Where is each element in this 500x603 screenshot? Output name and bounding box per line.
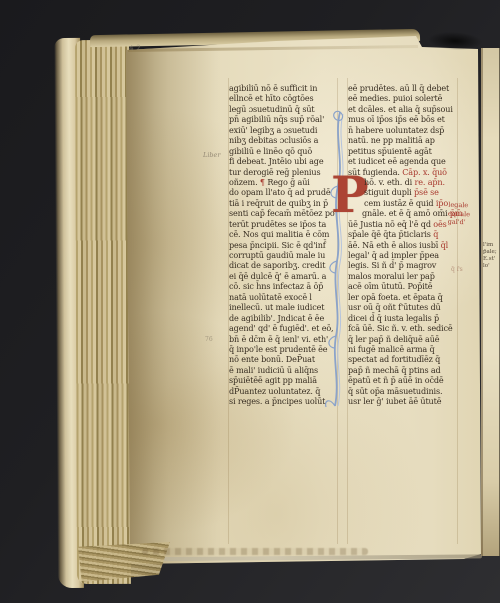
note-line: legale — [448, 201, 470, 210]
text-line: eē medies. puioi solertē — [348, 93, 460, 103]
text-line: malos moralui ler pap̄ — [348, 271, 460, 281]
text-segment: legū ɔsuetudinū q̄ sūt — [229, 104, 315, 114]
text-line: sūt fugienda. Cāp. x. q̄uō — [348, 167, 460, 177]
text-segment: agend' qd' ē fugiēd'. et eō, — [229, 323, 333, 333]
text-segment: ni fugē malicē arma q̄ — [348, 344, 435, 354]
text-segment: n̄ habere uoluntatez dsp̄ — [348, 125, 444, 135]
text-line: legis. Si ñ d̄' p̄ magrov — [348, 260, 460, 270]
text-line: cē. Nos qui malitia ē cōm — [229, 229, 341, 239]
text-line: corruptū gaudiū male iu — [229, 250, 341, 260]
text-segment: eē medies. puioi solertē — [348, 93, 442, 103]
text-segment: oñzem. — [229, 177, 260, 187]
text-segment: pesa p̄ncipii. Sic ē qd'inf̄ — [229, 240, 326, 250]
rubric-text-segment: re. ap̄n. — [414, 177, 444, 187]
note-line: p̄ale; — [483, 249, 499, 256]
manuscript-photo: { "colors": { "backdrop": "#202023", "pa… — [0, 0, 500, 603]
text-segment: corruptū gaudiū male iu — [229, 250, 325, 260]
tail-faded-inscription — [142, 548, 368, 555]
text-line: oñzem. ¶ Rego ḡ aūi — [229, 177, 341, 187]
text-line: usr ler ḡ' iubet āē ūtutē — [348, 396, 460, 406]
text-line: pap̄ ñ mechā q̄ ptins ad — [348, 365, 460, 375]
text-segment: malos moralui ler pap̄ — [348, 271, 435, 281]
text-line: tur derogiē reḡ plenius — [229, 167, 341, 177]
text-line: si reges. a p̄ncipes uolūt — [229, 396, 341, 406]
text-line: senti cap̄ fecam̄ mētōez po — [229, 208, 341, 218]
text-segment: natū. ne pp malitiā ap — [348, 135, 435, 145]
text-column-right: eē prudētes. aū ll q̄ debeteē medies. pu… — [348, 83, 460, 407]
text-segment: ūē Justia nō eq̄ l'ē qd — [348, 219, 433, 229]
text-line: sp̄ale q̄ē q̄ta p̄ticlaris q̄ — [348, 229, 460, 239]
text-segment: q̄ sūt op̄a māsuetudinis. — [348, 386, 442, 396]
text-line: exiū' legibʒ a ɔsuetudi — [229, 125, 341, 135]
text-line: et iudicet eē agenda que — [348, 156, 460, 166]
text-segment: nibʒ debitas ɔclusiōs a — [229, 135, 318, 145]
margin-note-mark: 76 — [205, 336, 213, 344]
text-segment: acē oīm ūtutū. Pop̄itē — [348, 281, 432, 291]
text-segment: Rego ḡ aūi — [265, 177, 310, 187]
text-segment: tiā i req̄ruit de quibʒ in p̄ — [229, 198, 328, 208]
text-line: nō ente bonū. DeP̄uat — [229, 354, 341, 364]
text-segment: terūt prudētes se ip̄os ta — [229, 219, 326, 229]
text-line: natā uolūtatē exocē l — [229, 292, 341, 302]
text-line: de agibilib'. Jndicat ē ēe — [229, 313, 341, 323]
facing-page-edge-note: l'imp̄ale;E.st'lo' — [483, 242, 499, 270]
text-line: hō. v. eth. di re. ap̄n. — [348, 177, 460, 187]
text-segment: dicat de saporibʒ. credit — [229, 260, 325, 270]
text-segment: hō. v. eth. di — [364, 177, 414, 187]
text-line: ē mali' iudiciū ū aliq̄ns — [229, 365, 341, 375]
text-line: do opam ll'ato q̄ ad prudē — [229, 187, 341, 197]
text-segment: agibiliū nō ē sufficit in — [229, 83, 317, 93]
text-segment: gibiliū e linēo qō quō — [229, 146, 312, 156]
text-line: gibiliū e linēo qō quō — [229, 146, 341, 156]
text-line: pn̄ agibiliū nq̄s sup̄ rōal' — [229, 114, 341, 124]
fore-edge-leaves — [481, 48, 500, 556]
text-segment: q̄ inpo'le est prudentē ēe — [229, 344, 327, 354]
rubric-margin-small: q̄ r̄s — [451, 266, 463, 273]
text-segment: sp̄uiētēē agit pp maliā — [229, 375, 317, 385]
manuscript-page: P agibiliū nō ē sufficit inellncē et hīt… — [126, 34, 484, 569]
text-segment: bn̄ ē dc̄m ē q̄ ienl' vi. eth' — [229, 334, 328, 344]
text-segment: mus oī ip̄os ip̄s eē bōs et — [348, 114, 445, 124]
text-segment: do opam ll'ato q̄ ad prudē — [229, 187, 331, 197]
text-segment: legis. Si ñ d̄' p̄ magrov — [348, 260, 436, 270]
text-line: fi debeat. Jntēio ubi age — [229, 156, 341, 166]
page-top-edge-streak — [128, 45, 418, 52]
text-line: et dcāles. et alia q̄ sup̄soui — [348, 104, 460, 114]
rubric-text-segment: q̄l — [441, 240, 448, 250]
text-segment: usr oū q̄ oñt f'ūtutes dū — [348, 302, 441, 312]
text-line: terūt prudētes se ip̄os ta — [229, 219, 341, 229]
text-segment: āē. Nā eth ē alios iusbī — [348, 240, 441, 250]
text-segment: sūt fugienda. — [348, 167, 402, 177]
text-segment: spectat ad fortitudīēz q̄ — [348, 354, 440, 364]
text-line: āē. Nā eth ē alios iusbī q̄l — [348, 240, 460, 250]
text-segment: ēpatū et ñ p̄ aūē in oc̄dē — [348, 375, 444, 385]
rubric-text-segment: p̄sē se — [414, 187, 439, 197]
pencil-folio-number: 42 — [129, 43, 145, 52]
text-segment: dicei d̄ q̄ iusta legalis p̄ — [348, 313, 439, 323]
text-line: spectat ad fortitudīēz q̄ — [348, 354, 460, 364]
text-line: ūē Justia nō eq̄ l'ē qd oēs — [348, 219, 460, 229]
text-line: gnāle. et ē q̄ amō om̄i p̄m̄ — [348, 208, 460, 218]
text-segment: et iudicet eē agenda que — [348, 156, 446, 166]
text-segment: natā uolūtatē exocē l — [229, 292, 312, 302]
text-segment: petitus sp̄uientē agāt — [348, 146, 432, 156]
text-segment: pn̄ agibiliū nq̄s sup̄ rōal' — [229, 114, 324, 124]
corner-curl-shadow — [428, 31, 483, 52]
text-line: dicei d̄ q̄ iusta legalis p̄ — [348, 313, 460, 323]
text-line: dP̄uantez uoluntatez. q̄ — [229, 386, 341, 396]
text-segment: eē prudētes. aū ll q̄ debet — [348, 83, 449, 93]
text-line: agend' qd' ē fugiēd'. et eō, — [229, 323, 341, 333]
note-line: l'im — [483, 242, 499, 249]
rubric-margin-gloss: legaleequalegal'd' — [448, 201, 471, 227]
text-column-left: agibiliū nō ē sufficit inellncē et hīto … — [229, 83, 341, 407]
text-segment: nō ente bonū. DeP̄uat — [229, 354, 315, 364]
text-line: ellncē et hīto cōgtōes — [229, 93, 341, 103]
text-line: petitus sp̄uientē agāt — [348, 146, 460, 156]
text-line: inellecū. ut male iudicet — [229, 302, 341, 312]
text-line: eē prudētes. aū ll q̄ debet — [348, 83, 460, 93]
text-line: sp̄uiētēē agit pp maliā — [229, 375, 341, 385]
text-line: pesa p̄ncipii. Sic ē qd'inf̄ — [229, 240, 341, 250]
note-line: lo' — [483, 263, 499, 270]
text-line: ler opā foeta. et ēpata q̄ — [348, 292, 460, 302]
text-line: bn̄ ē dc̄m ē q̄ ienl' vi. eth' — [229, 334, 341, 344]
text-line: mus oī ip̄os ip̄s eē bōs et — [348, 114, 460, 124]
text-segment: sp̄ale q̄ē q̄ta p̄ticlaris — [348, 229, 433, 239]
rubric-text-segment: Cāp. x. q̄uō — [402, 167, 447, 177]
text-segment: inellecū. ut male iudicet — [229, 302, 324, 312]
text-line: acē oīm ūtutū. Pop̄itē — [348, 281, 460, 291]
text-segment: ei q̄ē dulcē q̄' ē amarū. a — [229, 271, 326, 281]
rubric-text-segment: oēs — [433, 219, 446, 229]
text-segment: de agibilib'. Jndicat ē ēe — [229, 313, 324, 323]
text-segment: dP̄uantez uoluntatez. q̄ — [229, 386, 320, 396]
text-segment: et dcāles. et alia q̄ sup̄soui — [348, 104, 453, 114]
text-line: ei q̄ē dulcē q̄' ē amarū. a — [229, 271, 341, 281]
text-line: stiguit dupli p̄sē se — [348, 187, 460, 197]
text-line: ni fugē malicē arma q̄ — [348, 344, 460, 354]
text-segment: fcā ūē. Sic ñ. v. eth. sedicē — [348, 323, 453, 333]
text-line: agibiliū nō ē sufficit in — [229, 83, 341, 93]
note-line: E.st' — [483, 256, 499, 263]
gutter-leaf-stack — [75, 40, 131, 584]
text-line: legal' q̄ ad impler p̄pea — [348, 250, 460, 260]
text-segment: senti cap̄ fecam̄ mētōez po — [229, 208, 335, 218]
text-segment: cō. sic h̄ns infectaz ā ōp̄ — [229, 281, 323, 291]
text-line: cem iustāz ē quid ip̄o — [348, 198, 460, 208]
text-line: natū. ne pp malitiā ap — [348, 135, 460, 145]
text-segment: ellncē et hīto cōgtōes — [229, 93, 314, 103]
text-line: fcā ūē. Sic ñ. v. eth. sedicē — [348, 323, 460, 333]
text-line: q̄ inpo'le est prudentē ēe — [229, 344, 341, 354]
text-line: ēpatū et ñ p̄ aūē in oc̄dē — [348, 375, 460, 385]
text-line: q̄ ler pap̄ ñ deliq̄uē aūē — [348, 334, 460, 344]
note-line: gal'd' — [448, 218, 470, 227]
text-line: tiā i req̄ruit de quibʒ in p̄ — [229, 198, 341, 208]
rubric-text-segment: ip̄o — [436, 198, 448, 208]
text-segment: cem iustāz ē quid — [364, 198, 436, 208]
text-segment: tur derogiē reḡ plenius — [229, 167, 320, 177]
text-line: nibʒ debitas ɔclusiōs a — [229, 135, 341, 145]
text-segment: pap̄ ñ mechā q̄ ptins ad — [348, 365, 441, 375]
text-line: q̄ sūt op̄a māsuetudinis. — [348, 386, 460, 396]
text-segment: exiū' legibʒ a ɔsuetudi — [229, 125, 317, 135]
text-segment: ler opā foeta. et ēpata q̄ — [348, 292, 443, 302]
text-line: legū ɔsuetudinū q̄ sūt — [229, 104, 341, 114]
text-line: usr oū q̄ oñt f'ūtutes dū — [348, 302, 460, 312]
text-segment: fi debeat. Jntēio ubi age — [229, 156, 323, 166]
text-segment: usr ler ḡ' iubet āē ūtutē — [348, 396, 441, 406]
text-segment: gnāle. et ē q̄ amō om̄i — [362, 208, 450, 218]
text-line: cō. sic h̄ns infectaz ā ōp̄ — [229, 281, 341, 291]
text-line: n̄ habere uoluntatez dsp̄ — [348, 125, 460, 135]
text-segment: legal' q̄ ad impler p̄pea — [348, 250, 439, 260]
text-line: dicat de saporibʒ. credit — [229, 260, 341, 270]
text-segment: si reges. a p̄ncipes uolūt — [229, 396, 325, 406]
rubric-text-segment: q̄ — [433, 229, 438, 239]
text-segment: stiguit dupli — [364, 187, 414, 197]
text-segment: ē mali' iudiciū ū aliq̄ns — [229, 365, 318, 375]
text-segment: cē. Nos qui malitia ē cōm — [229, 229, 329, 239]
text-segment: q̄ ler pap̄ ñ deliq̄uē aūē — [348, 334, 439, 344]
margin-note-liber: Liber — [203, 152, 221, 160]
